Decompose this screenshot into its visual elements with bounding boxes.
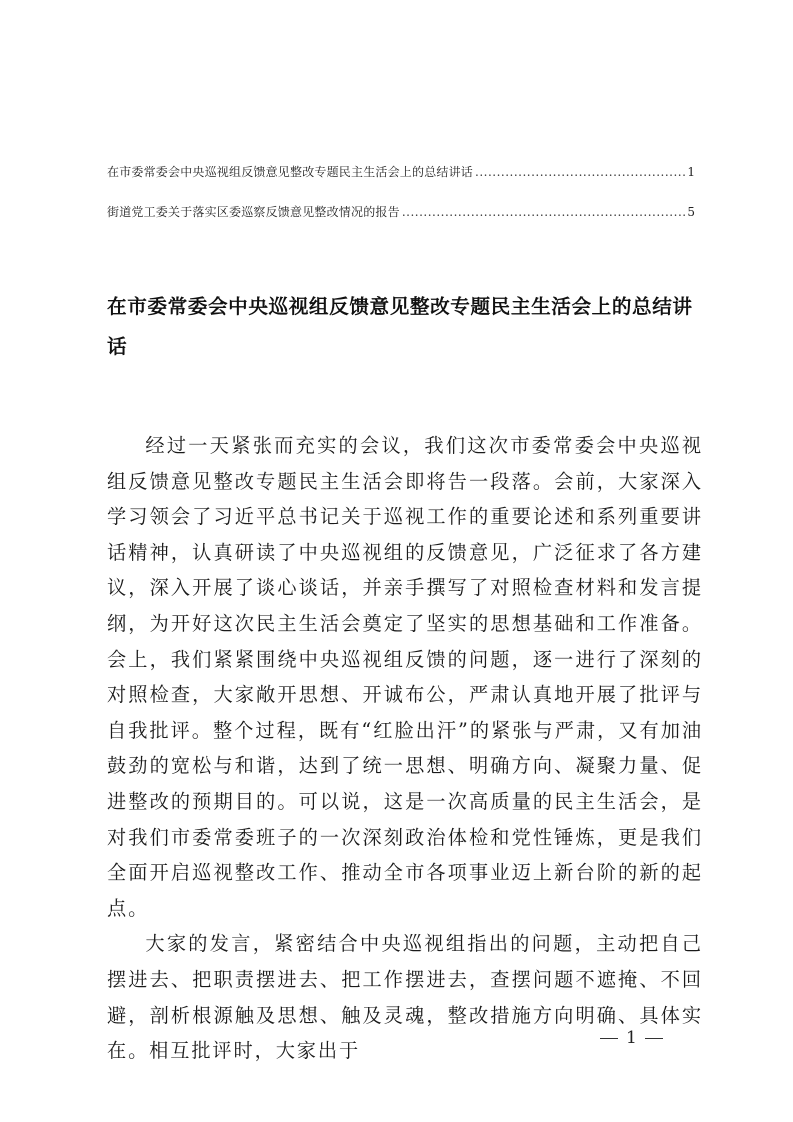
article-body: 经过一天紧张而充实的会议，我们这次市委常委会中央巡视组反馈意见整改专题民主生活会…: [107, 428, 703, 1069]
toc-entry[interactable]: 在市委常委会中央巡视组反馈意见整改专题民主生活会上的总结讲话 1: [107, 162, 695, 182]
toc-entry-page: 1: [687, 162, 695, 182]
toc-entry-title: 街道党工委关于落实区委巡察反馈意见整改情况的报告: [107, 202, 400, 222]
page-number-footer: 1: [600, 1028, 680, 1048]
document-page: 在市委常委会中央巡视组反馈意见整改专题民主生活会上的总结讲话 1 街道党工委关于…: [0, 0, 793, 1122]
dash-decoration: [600, 1038, 618, 1039]
toc-entry-title: 在市委常委会中央巡视组反馈意见整改专题民主生活会上的总结讲话: [107, 162, 473, 182]
toc-entry[interactable]: 街道党工委关于落实区委巡察反馈意见整改情况的报告 5: [107, 202, 695, 222]
dash-decoration: [645, 1038, 663, 1039]
toc-entry-page: 5: [687, 202, 695, 222]
page-number: 1: [626, 1028, 637, 1048]
toc-leader-dots: [475, 162, 685, 182]
toc-leader-dots: [402, 202, 686, 222]
body-paragraph: 经过一天紧张而充实的会议，我们这次市委常委会中央巡视组反馈意见整改专题民主生活会…: [107, 428, 703, 926]
article-title: 在市委常委会中央巡视组反馈意见整改专题民主生活会上的总结讲话: [107, 287, 707, 367]
table-of-contents: 在市委常委会中央巡视组反馈意见整改专题民主生活会上的总结讲话 1 街道党工委关于…: [107, 162, 695, 242]
